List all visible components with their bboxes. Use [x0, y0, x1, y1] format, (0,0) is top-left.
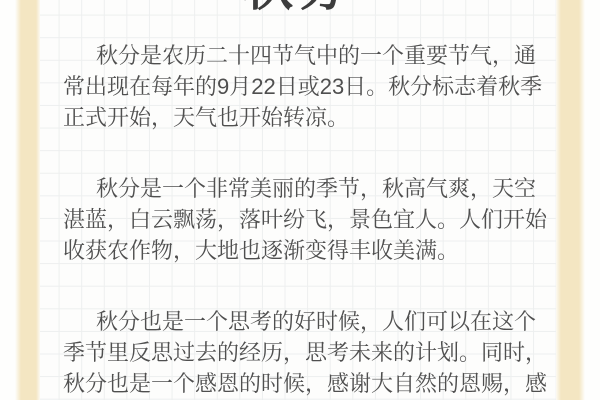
paragraph-3: 秋分也是一个思考的好时候，人们可以在这个 季节里反思过去的经历，思考未来的计划。… — [63, 306, 549, 399]
text-line: 湛蓝，白云飘荡，落叶纷飞，景色宜人。人们开始 — [63, 204, 549, 235]
grid-paper-card: 秋分 秋分是农历二十四节气中的一个重要节气，通 常出现在每年的9月22日或23日… — [40, 0, 556, 400]
text-line: 秋分是一个非常美丽的季节，秋高气爽，天空 — [63, 173, 549, 204]
text-line: 收获农作物，大地也逐渐变得丰收美满。 — [63, 235, 549, 266]
text-line: 正式开始，天气也开始转凉。 — [63, 102, 549, 133]
text-line: 秋分是农历二十四节气中的一个重要节气，通 — [63, 40, 549, 71]
right-fold-strip — [555, 0, 585, 400]
article-page: 秋分 秋分是农历二十四节气中的一个重要节气，通 常出现在每年的9月22日或23日… — [0, 0, 600, 400]
left-fold-strip — [15, 0, 41, 400]
text-line: 季节里反思过去的经历，思考未来的计划。同时， — [63, 337, 549, 368]
article-body: 秋分是农历二十四节气中的一个重要节气，通 常出现在每年的9月22日或23日。秋分… — [63, 40, 549, 399]
text-line: 秋分也是一个思考的好时候，人们可以在这个 — [63, 306, 549, 337]
text-line: 常出现在每年的9月22日或23日。秋分标志着秋季 — [63, 71, 549, 102]
article-title: 秋分 — [40, 0, 556, 13]
paragraph-2: 秋分是一个非常美丽的季节，秋高气爽，天空 湛蓝，白云飘荡，落叶纷飞，景色宜人。人… — [63, 173, 549, 266]
text-line: 秋分也是一个感恩的时候，感谢大自然的恩赐，感 — [63, 368, 549, 399]
paragraph-1: 秋分是农历二十四节气中的一个重要节气，通 常出现在每年的9月22日或23日。秋分… — [63, 40, 549, 133]
